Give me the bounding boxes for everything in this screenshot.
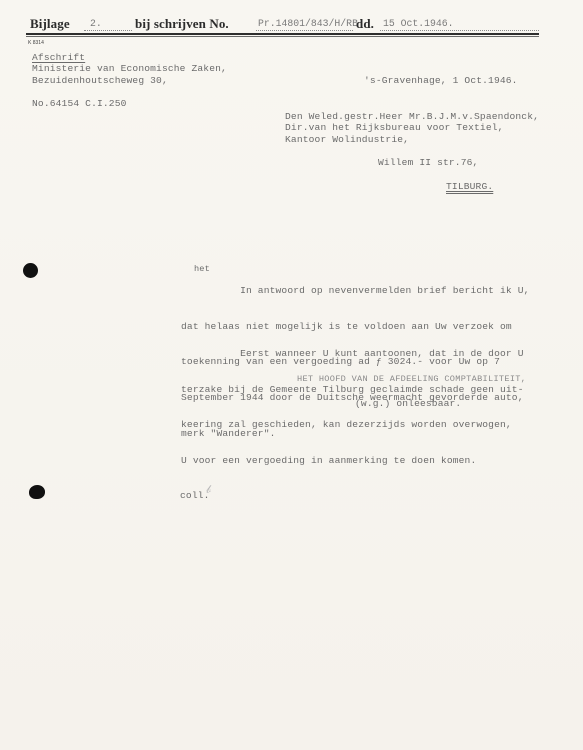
reference-number: No.64154 C.I.250: [32, 98, 127, 109]
bijlage-dotted-line: [84, 30, 132, 31]
punch-hole-bottom: [29, 485, 45, 499]
body-line: terzake bij de Gemeente Tilburg geclaimd…: [181, 384, 524, 396]
body-paragraph-2: Eerst wanneer U kunt aantoonen, dat in d…: [181, 324, 524, 491]
bijlage-value: 2.: [90, 18, 102, 29]
sender-address: Bezuidenhoutscheweg 30,: [32, 75, 168, 86]
sender-ministry: Ministerie van Economische Zaken,: [32, 63, 227, 74]
dd-dotted-line: [380, 30, 539, 31]
schrijven-label: bij schrijven No.: [135, 16, 229, 32]
bijlage-label: Bijlage: [30, 16, 70, 32]
addressee-office: Kantoor Wolindustrie,: [285, 134, 409, 145]
body-line: keering zal geschieden, kan dezerzijds w…: [181, 419, 524, 431]
signature-signed: (w.g.) onleesbaar.: [355, 398, 461, 409]
header-rule-thin: [26, 36, 539, 37]
body-line: In antwoord op nevenvermelden brief beri…: [181, 285, 530, 297]
place-date: 's-Gravenhage, 1 Oct.1946.: [364, 75, 518, 86]
initials-mark: 𝒷: [206, 485, 211, 497]
schrijven-value: Pr.14801/843/H/RB: [258, 18, 358, 29]
body-line: Eerst wanneer U kunt aantoonen, dat in d…: [181, 348, 524, 360]
document-page: Bijlage 2. bij schrijven No. Pr.14801/84…: [0, 0, 583, 750]
addressee-street: Willem II str.76,: [378, 157, 478, 168]
addressee-name: Den Weled.gestr.Heer Mr.B.J.M.v.Spaendon…: [285, 111, 539, 122]
header-rule: [26, 33, 539, 35]
dd-label: dd.: [356, 16, 374, 32]
addressee-city: TILBURG.: [446, 181, 493, 192]
dd-value: 15 Oct.1946.: [383, 18, 454, 29]
body-line: U voor een vergoeding in aanmerking te d…: [181, 455, 524, 467]
signature-office: HET HOOFD VAN DE AFDEELING COMPTABILITEI…: [297, 374, 526, 384]
schrijven-dotted-line: [256, 30, 353, 31]
form-code: K 8314: [28, 40, 44, 46]
addressee-title: Dir.van het Rijksbureau voor Textiel,: [285, 122, 504, 133]
afschrift-title: Afschrift: [32, 52, 85, 63]
punch-hole-top: [23, 263, 38, 278]
